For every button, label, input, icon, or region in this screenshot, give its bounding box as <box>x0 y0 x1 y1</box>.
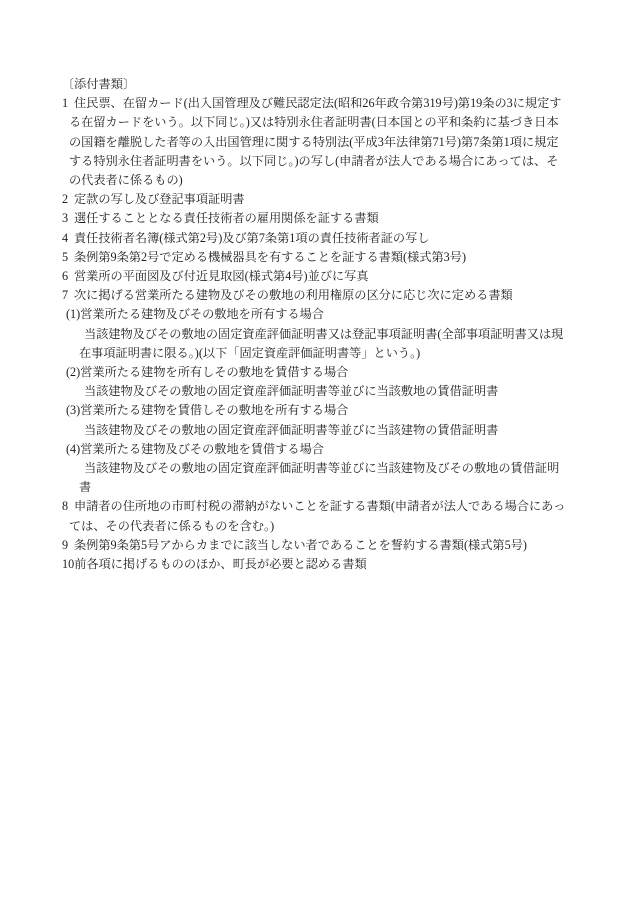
item-number: 5 <box>62 248 74 267</box>
item-text: 申請者の住所地の市町村税の滞納がないことを証する書類(申請者が法人である場合にあ… <box>69 499 565 532</box>
item-number: 7 <box>62 286 74 305</box>
sub-item-7-2-body: 当該建物及びその敷地の固定資産評価証明書等並びに当該敷地の賃借証明書 <box>0 382 630 401</box>
sub-item-7-3-body: 当該建物及びその敷地の固定資産評価証明書等並びに当該建物の賃借証明書 <box>0 421 630 440</box>
item-text: 責任技術者名簿(様式第2号)及び第7条第1項の責任技術者証の写し <box>74 231 429 245</box>
item-text: 条例第9条第5号アからカまでに該当しない者であることを誓約する書類(様式第5号) <box>74 538 527 552</box>
sub-item-number: (2) <box>66 363 80 382</box>
item-number: 10 <box>62 555 74 574</box>
item-number: 4 <box>62 229 74 248</box>
list-item-10: 10前各項に掲げるもののほか、町長が必要と認める書類 <box>0 555 630 574</box>
item-number: 3 <box>62 209 74 228</box>
item-number: 9 <box>62 536 74 555</box>
list-item-4: 4責任技術者名簿(様式第2号)及び第7条第1項の責任技術者証の写し <box>0 229 630 248</box>
section-title-text: 〔添付書類〕 <box>62 77 135 91</box>
list-item-3: 3選任することとなる責任技術者の雇用関係を証する書類 <box>0 209 630 228</box>
sub-item-7-4-body: 当該建物及びその敷地の固定資産評価証明書等並びに当該建物及びその敷地の賃借証明 … <box>0 459 630 497</box>
list-item-2: 2定款の写し及び登記事項証明書 <box>0 190 630 209</box>
sub-item-7-2-heading: (2)営業所たる建物を所有しその敷地を賃借する場合 <box>0 363 630 382</box>
item-text: 前各項に掲げるもののほか、町長が必要と認める書類 <box>74 557 367 571</box>
list-item-1: 1住民票、在留カード(出入国管理及び難民認定法(昭和26年政令第319号)第19… <box>0 94 630 190</box>
sub-item-text: 営業所たる建物及びその敷地を賃借する場合 <box>80 442 324 456</box>
sub-item-body-text: 当該建物及びその敷地の固定資産評価証明書又は登記事項証明書(全部事項証明書又は現… <box>79 327 563 360</box>
sub-item-text: 営業所たる建物及びその敷地を所有する場合 <box>80 307 324 321</box>
list-item-7: 7次に掲げる営業所たる建物及びその敷地の利用権原の区分に応じ次に定める書類 <box>0 286 630 305</box>
item-text: 営業所の平面図及び付近見取図(様式第4号)並びに写真 <box>74 269 369 283</box>
item-text: 次に掲げる営業所たる建物及びその敷地の利用権原の区分に応じ次に定める書類 <box>74 288 513 302</box>
sub-item-7-4-heading: (4)営業所たる建物及びその敷地を賃借する場合 <box>0 440 630 459</box>
item-number: 6 <box>62 267 74 286</box>
list-item-9: 9条例第9条第5号アからカまでに該当しない者であることを誓約する書類(様式第5号… <box>0 536 630 555</box>
attachments-section-title: 〔添付書類〕 <box>0 75 630 94</box>
item-text: 住民票、在留カード(出入国管理及び難民認定法(昭和26年政令第319号)第19条… <box>69 96 562 187</box>
sub-item-7-3-heading: (3)営業所たる建物を賃借しその敷地を所有する場合 <box>0 401 630 420</box>
list-item-5: 5条例第9条第2号で定める機械器具を有することを証する書類(様式第3号) <box>0 248 630 267</box>
item-text: 条例第9条第2号で定める機械器具を有することを証する書類(様式第3号) <box>74 250 466 264</box>
sub-item-body-text: 当該建物及びその敷地の固定資産評価証明書等並びに当該敷地の賃借証明書 <box>84 384 498 398</box>
item-number: 2 <box>62 190 74 209</box>
sub-item-7-1-body: 当該建物及びその敷地の固定資産評価証明書又は登記事項証明書(全部事項証明書又は現… <box>0 325 630 363</box>
sub-item-number: (3) <box>66 401 80 420</box>
sub-item-body-text: 当該建物及びその敷地の固定資産評価証明書等並びに当該建物の賃借証明書 <box>84 423 498 437</box>
item-number: 8 <box>62 497 74 516</box>
sub-item-text: 営業所たる建物を所有しその敷地を賃借する場合 <box>80 365 348 379</box>
sub-item-body-text: 当該建物及びその敷地の固定資産評価証明書等並びに当該建物及びその敷地の賃借証明 … <box>79 461 559 494</box>
sub-item-text: 営業所たる建物を賃借しその敷地を所有する場合 <box>80 403 348 417</box>
sub-item-7-1-heading: (1)営業所たる建物及びその敷地を所有する場合 <box>0 305 630 324</box>
item-text: 選任することとなる責任技術者の雇用関係を証する書類 <box>74 211 379 225</box>
list-item-8: 8申請者の住所地の市町村税の滞納がないことを証する書類(申請者が法人である場合に… <box>0 497 630 535</box>
document-page: 〔添付書類〕 1住民票、在留カード(出入国管理及び難民認定法(昭和26年政令第3… <box>0 0 630 903</box>
item-text: 定款の写し及び登記事項証明書 <box>74 192 245 206</box>
item-number: 1 <box>62 94 74 113</box>
list-item-6: 6営業所の平面図及び付近見取図(様式第4号)並びに写真 <box>0 267 630 286</box>
sub-item-number: (4) <box>66 440 80 459</box>
sub-item-number: (1) <box>66 305 80 324</box>
